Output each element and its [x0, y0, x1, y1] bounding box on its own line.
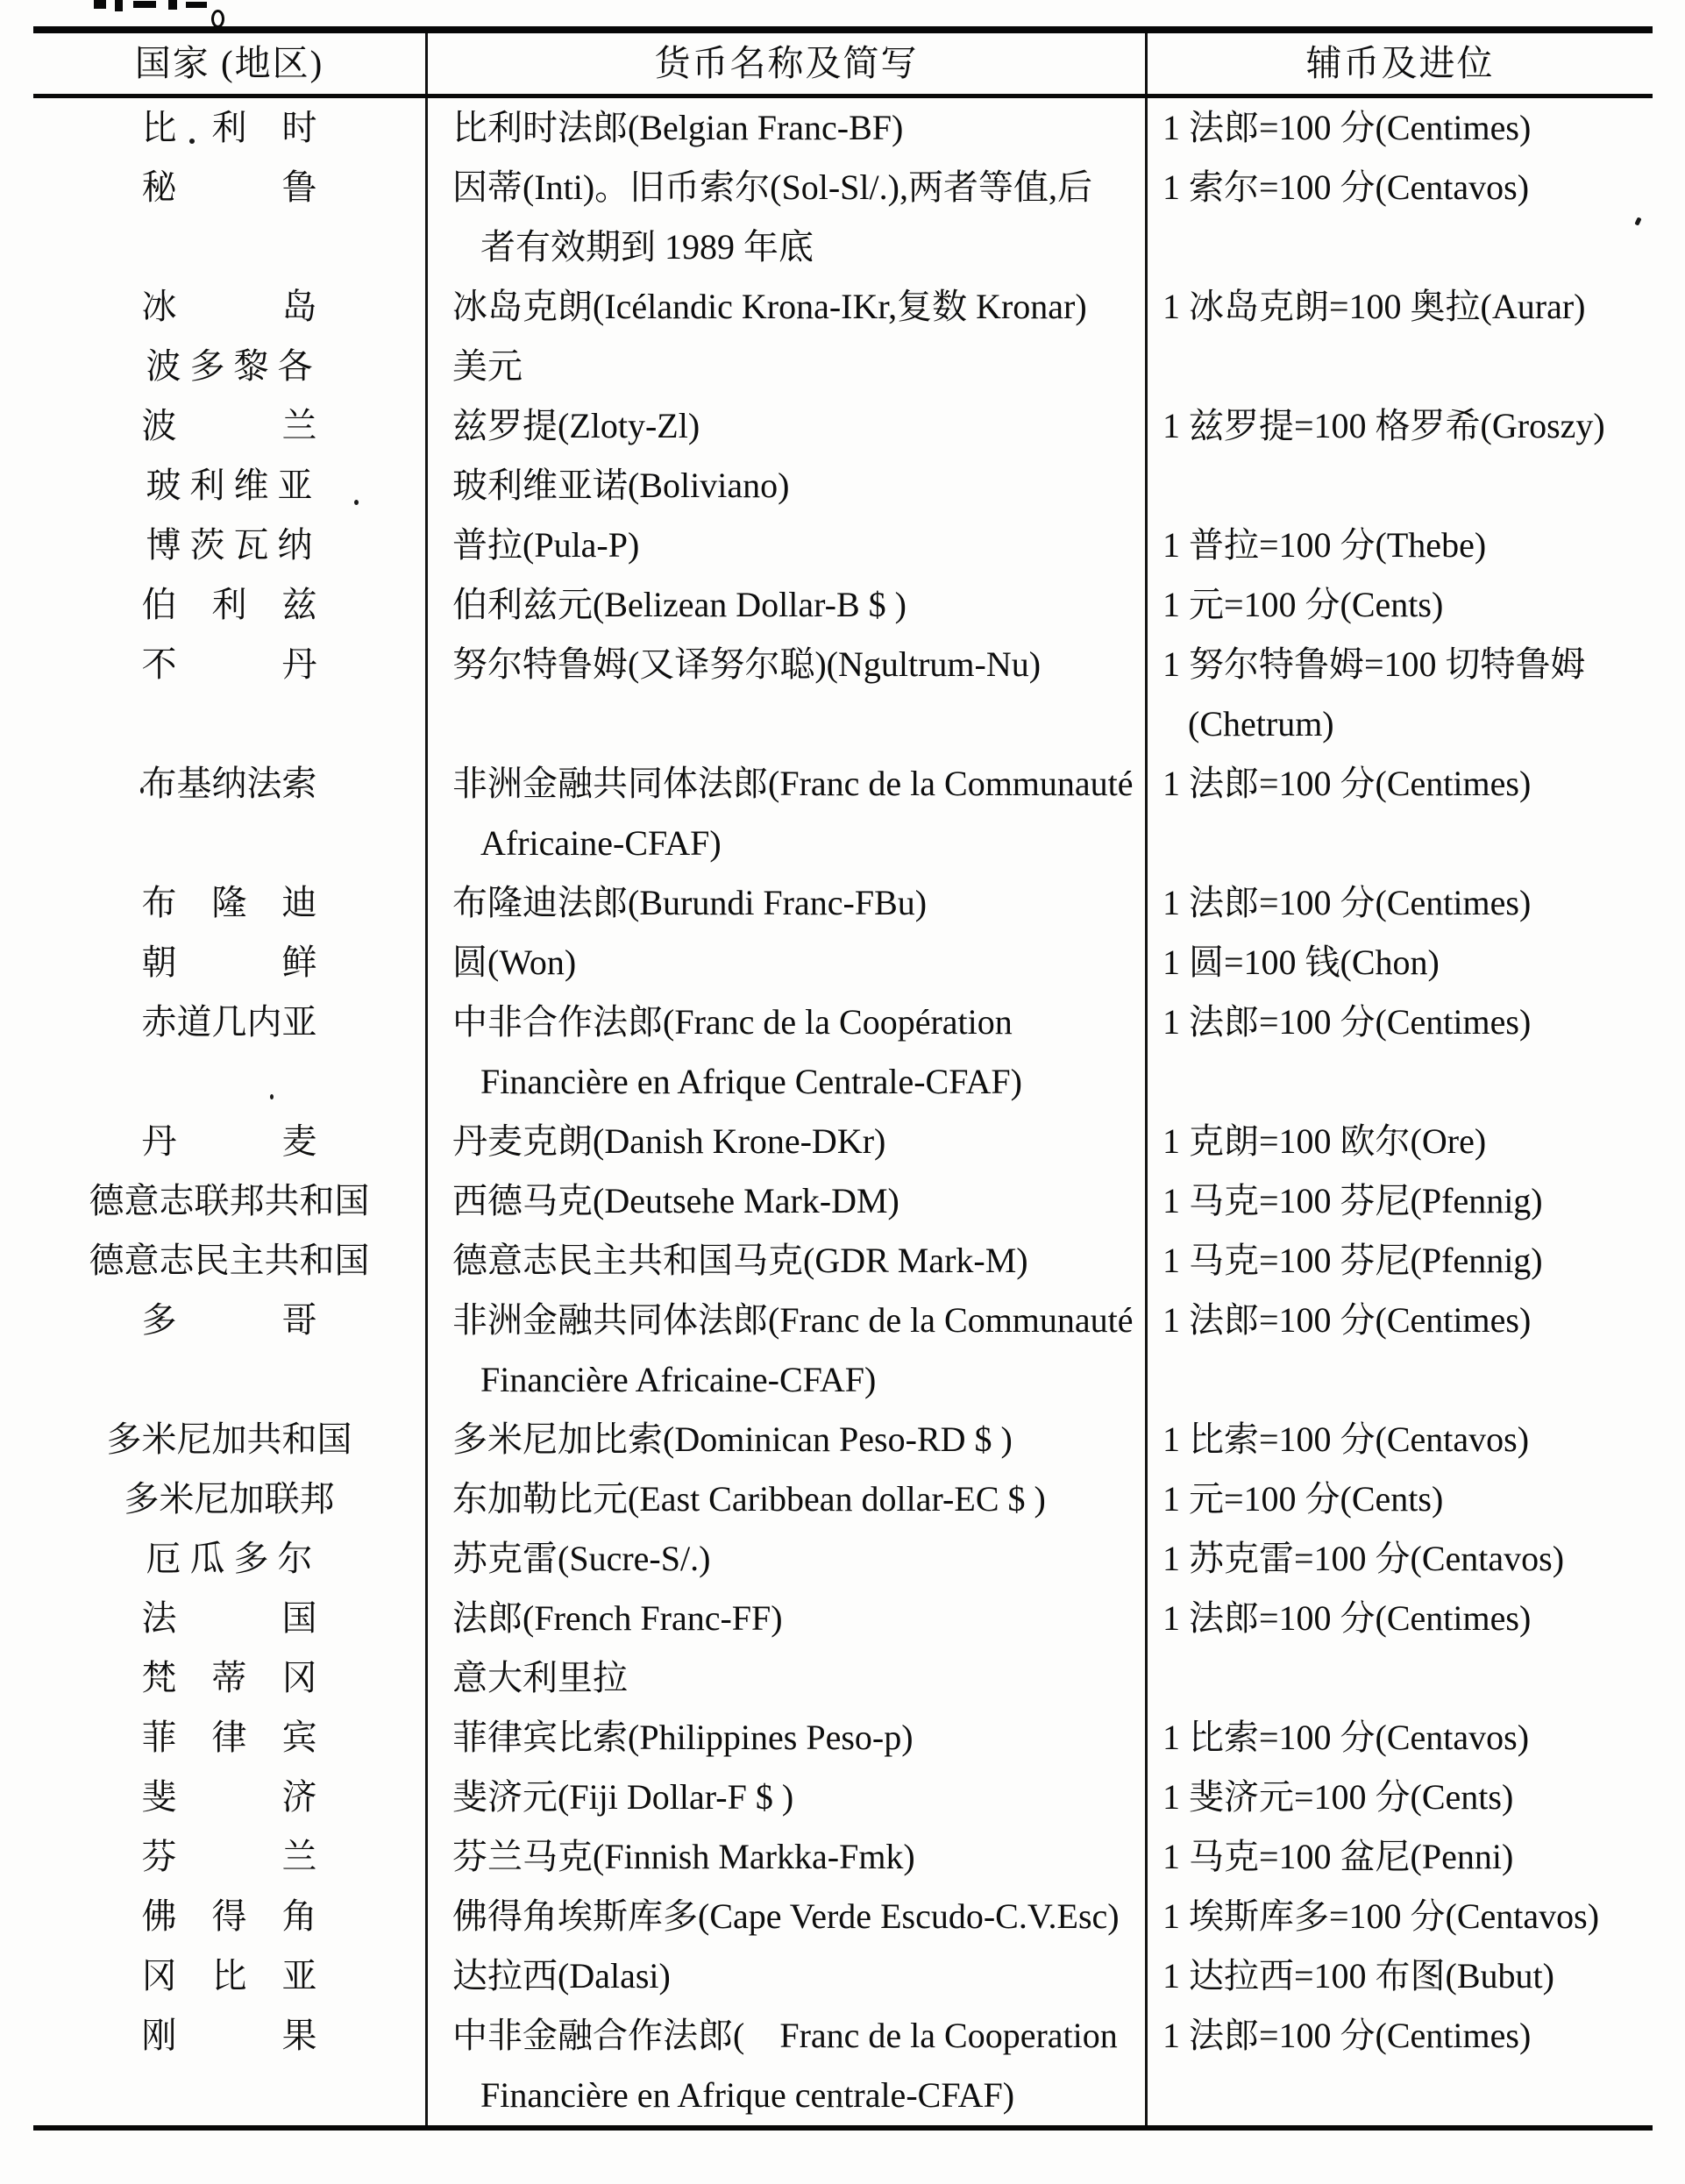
country-cell: 多 哥: [33, 1291, 425, 1410]
currency-line: Financière en Afrique Centrale-CFAF): [428, 1052, 1145, 1112]
currency-line: Africaine-CFAF): [428, 814, 1145, 873]
subunit-cell: 1 圆=100 钱(Chon): [1145, 933, 1653, 992]
table-row: 佛 得 角 佛得角埃斯库多(Cape Verde Escudo-C.V.Esc)…: [33, 1887, 1653, 1946]
table-row: 厄 瓜 多 尔 苏克雷(Sucre-S/.) 1 苏克雷=100 分(Centa…: [33, 1529, 1653, 1589]
subunit-line: 1 法郎=100 分(Centimes): [1148, 754, 1653, 814]
subunit-cell: 1 元=100 分(Cents): [1145, 1469, 1653, 1529]
country-cell: 梵 蒂 冈: [33, 1648, 425, 1708]
table-row: 布基纳法索 非洲金融共同体法郎(Franc de la CommunautéAf…: [33, 754, 1653, 873]
table-row: 梵 蒂 冈 意大利里拉: [33, 1648, 1653, 1708]
subunit-line: 1 达拉西=100 布图(Bubut): [1148, 1946, 1653, 2006]
currency-line: 丹麦克朗(Danish Krone-DKr): [428, 1112, 1145, 1171]
country-cell: 伯 利 兹: [33, 575, 425, 635]
currency-line: Financière Africaine-CFAF): [428, 1350, 1145, 1410]
currency-cell: 意大利里拉: [425, 1648, 1145, 1708]
subunit-line: 1 法郎=100 分(Centimes): [1148, 98, 1653, 158]
country-name: 斐 济: [142, 1777, 317, 1817]
country-cell: 波 兰: [33, 396, 425, 456]
country-name: 不 丹: [142, 644, 317, 684]
subunit-line: 1 马克=100 芬尼(Pfennig): [1148, 1231, 1653, 1291]
subunit-cell: 1 克朗=100 欧尔(Ore): [1145, 1112, 1653, 1171]
country-name: 波 兰: [142, 406, 317, 445]
table-row: 多米尼加共和国 多米尼加比索(Dominican Peso-RD $ ) 1 比…: [33, 1410, 1653, 1469]
currency-table: 国家 (地区) 货币名称及简写 辅币及进位 比 利 时 比利时法郎(Belgia…: [33, 26, 1653, 2131]
scanned-book-page: 国家 (地区) 货币名称及简写 辅币及进位 比 利 时 比利时法郎(Belgia…: [0, 0, 1685, 2184]
country-name: 冰 岛: [142, 287, 317, 326]
currency-line: 德意志民主共和国马克(GDR Mark-M): [428, 1231, 1145, 1291]
subunit-line: 1 圆=100 钱(Chon): [1148, 933, 1653, 992]
subunit-line: 1 比索=100 分(Centavos): [1148, 1708, 1653, 1768]
currency-cell: 德意志民主共和国马克(GDR Mark-M): [425, 1231, 1145, 1291]
header-currency: 货币名称及简写: [425, 33, 1145, 94]
subunit-cell: 1 法郎=100 分(Centimes): [1145, 873, 1653, 933]
subunit-line: 1 元=100 分(Cents): [1148, 1469, 1653, 1529]
currency-line: 菲律宾比索(Philippines Peso-p): [428, 1708, 1145, 1768]
table-row: 波 兰 兹罗提(Zloty-Zl) 1 兹罗提=100 格罗希(Groszy): [33, 396, 1653, 456]
country-cell: 斐 济: [33, 1768, 425, 1827]
subunit-cell: 1 兹罗提=100 格罗希(Groszy): [1145, 396, 1653, 456]
country-cell: 佛 得 角: [33, 1887, 425, 1946]
table-row: 朝 鲜 圆(Won) 1 圆=100 钱(Chon): [33, 933, 1653, 992]
currency-line: 美元: [428, 337, 1145, 396]
country-cell: 冈 比 亚: [33, 1946, 425, 2006]
country-cell: 丹 麦: [33, 1112, 425, 1171]
currency-line: 布隆迪法郎(Burundi Franc-FBu): [428, 873, 1145, 933]
currency-cell: 佛得角埃斯库多(Cape Verde Escudo-C.V.Esc): [425, 1887, 1145, 1946]
table-row: 波 多 黎 各 美元: [33, 337, 1653, 396]
table-row: 芬 兰 芬兰马克(Finnish Markka-Fmk) 1 马克=100 盆尼…: [33, 1827, 1653, 1887]
table-row: 不 丹 努尔特鲁姆(又译努尔聪)(Ngultrum-Nu) 1 努尔特鲁姆=10…: [33, 635, 1653, 754]
currency-line: 法郎(French Franc-FF): [428, 1589, 1145, 1648]
currency-cell: 丹麦克朗(Danish Krone-DKr): [425, 1112, 1145, 1171]
currency-cell: 伯利兹元(Belizean Dollar-B $ ): [425, 575, 1145, 635]
country-cell: 朝 鲜: [33, 933, 425, 992]
currency-cell: 斐济元(Fiji Dollar-F $ ): [425, 1768, 1145, 1827]
country-cell: 比 利 时: [33, 98, 425, 158]
table-row: 德意志联邦共和国 西德马克(Deutsehe Mark-DM) 1 马克=100…: [33, 1171, 1653, 1231]
subunit-line: 1 努尔特鲁姆=100 切特鲁姆: [1148, 635, 1653, 694]
subunit-cell: 1 努尔特鲁姆=100 切特鲁姆(Chetrum): [1145, 635, 1653, 754]
subunit-cell: 1 马克=100 芬尼(Pfennig): [1145, 1231, 1653, 1291]
scan-noise-dot: [270, 1094, 274, 1099]
currency-line: 因蒂(Inti)。旧币索尔(Sol-Sl/.),两者等值,后: [428, 158, 1145, 217]
currency-cell: 法郎(French Franc-FF): [425, 1589, 1145, 1648]
currency-line: 圆(Won): [428, 933, 1145, 992]
country-name: 布基纳法索: [142, 764, 317, 803]
subunit-line: 1 法郎=100 分(Centimes): [1148, 1291, 1653, 1350]
currency-cell: 美元: [425, 337, 1145, 396]
scan-noise-dot: [140, 787, 144, 793]
country-name: 芬 兰: [142, 1837, 317, 1876]
table-row: 法 国 法郎(French Franc-FF) 1 法郎=100 分(Centi…: [33, 1589, 1653, 1648]
currency-cell: 中非合作法郎(Franc de la CoopérationFinancière…: [425, 992, 1145, 1112]
subunit-line: 1 法郎=100 分(Centimes): [1148, 873, 1653, 933]
currency-cell: 冰岛克朗(Icélandic Krona-IKr,复数 Kronar): [425, 277, 1145, 337]
currency-line: 中非合作法郎(Franc de la Coopération: [428, 992, 1145, 1052]
country-name: 梵 蒂 冈: [142, 1658, 317, 1697]
country-name: 朝 鲜: [142, 943, 317, 982]
subunit-cell: 1 法郎=100 分(Centimes): [1145, 754, 1653, 873]
currency-cell: 多米尼加比索(Dominican Peso-RD $ ): [425, 1410, 1145, 1469]
currency-cell: 非洲金融共同体法郎(Franc de la CommunautéFinanciè…: [425, 1291, 1145, 1410]
country-name: 冈 比 亚: [142, 1956, 317, 1995]
currency-line: 伯利兹元(Belizean Dollar-B $ ): [428, 575, 1145, 635]
subunit-cell: 1 索尔=100 分(Centavos): [1145, 158, 1653, 277]
currency-line: 玻利维亚诺(Boliviano): [428, 456, 1145, 516]
country-cell: 布基纳法索: [33, 754, 425, 873]
currency-cell: 非洲金融共同体法郎(Franc de la CommunautéAfricain…: [425, 754, 1145, 873]
subunit-line: 1 法郎=100 分(Centimes): [1148, 1589, 1653, 1648]
currency-cell: 兹罗提(Zloty-Zl): [425, 396, 1145, 456]
country-name: 佛 得 角: [142, 1896, 317, 1936]
country-cell: 布 隆 迪: [33, 873, 425, 933]
table-row: 冰 岛 冰岛克朗(Icélandic Krona-IKr,复数 Kronar) …: [33, 277, 1653, 337]
table-header-row: 国家 (地区) 货币名称及简写 辅币及进位: [33, 33, 1653, 98]
subunit-cell: [1145, 337, 1653, 396]
subunit-cell: [1145, 1648, 1653, 1708]
subunit-cell: 1 法郎=100 分(Centimes): [1145, 98, 1653, 158]
currency-line: 苏克雷(Sucre-S/.): [428, 1529, 1145, 1589]
country-cell: 德意志民主共和国: [33, 1231, 425, 1291]
country-name: 玻 利 维 亚: [146, 466, 313, 505]
country-cell: 不 丹: [33, 635, 425, 754]
subunit-cell: 1 冰岛克朗=100 奥拉(Aurar): [1145, 277, 1653, 337]
country-name: 布 隆 迪: [142, 883, 317, 922]
country-cell: 刚 果: [33, 2006, 425, 2125]
table-body: 比 利 时 比利时法郎(Belgian Franc-BF) 1 法郎=100 分…: [33, 98, 1653, 2125]
currency-cell: 布隆迪法郎(Burundi Franc-FBu): [425, 873, 1145, 933]
currency-cell: 努尔特鲁姆(又译努尔聪)(Ngultrum-Nu): [425, 635, 1145, 754]
subunit-line: 1 马克=100 盆尼(Penni): [1148, 1827, 1653, 1887]
country-name: 波 多 黎 各: [146, 346, 313, 386]
subunit-cell: 1 斐济元=100 分(Cents): [1145, 1768, 1653, 1827]
country-name: 多米尼加共和国: [107, 1419, 352, 1459]
currency-line: 比利时法郎(Belgian Franc-BF): [428, 98, 1145, 158]
subunit-line: 1 元=100 分(Cents): [1148, 575, 1653, 635]
country-cell: 冰 岛: [33, 277, 425, 337]
subunit-line: 1 法郎=100 分(Centimes): [1148, 2006, 1653, 2066]
table-row: 丹 麦 丹麦克朗(Danish Krone-DKr) 1 克朗=100 欧尔(O…: [33, 1112, 1653, 1171]
table-row: 赤道几内亚 中非合作法郎(Franc de la CoopérationFina…: [33, 992, 1653, 1112]
currency-line: 普拉(Pula-P): [428, 516, 1145, 575]
subunit-line: 1 埃斯库多=100 分(Centavos): [1148, 1887, 1653, 1946]
table-row: 博 茨 瓦 纳 普拉(Pula-P) 1 普拉=100 分(Thebe): [33, 516, 1653, 575]
table-row: 斐 济 斐济元(Fiji Dollar-F $ ) 1 斐济元=100 分(Ce…: [33, 1768, 1653, 1827]
currency-line: 达拉西(Dalasi): [428, 1946, 1145, 2006]
subunit-cell: 1 马克=100 芬尼(Pfennig): [1145, 1171, 1653, 1231]
scan-noise-dot: [1392, 1129, 1396, 1133]
subunit-cell: 1 埃斯库多=100 分(Centavos): [1145, 1887, 1653, 1946]
country-cell: 秘 鲁: [33, 158, 425, 277]
subunit-cell: 1 元=100 分(Cents): [1145, 575, 1653, 635]
currency-line: 努尔特鲁姆(又译努尔聪)(Ngultrum-Nu): [428, 635, 1145, 694]
country-name: 比 利 时: [142, 108, 317, 147]
subunit-line: 1 索尔=100 分(Centavos): [1148, 158, 1653, 217]
country-name: 刚 果: [142, 2016, 317, 2055]
subunit-cell: [1145, 456, 1653, 516]
table-row: 菲 律 宾 菲律宾比索(Philippines Peso-p) 1 比索=100…: [33, 1708, 1653, 1768]
subunit-line: (Chetrum): [1148, 694, 1653, 754]
country-name: 法 国: [142, 1598, 317, 1638]
currency-cell: 因蒂(Inti)。旧币索尔(Sol-Sl/.),两者等值,后者有效期到 1989…: [425, 158, 1145, 277]
currency-cell: 东加勒比元(East Caribbean dollar-EC $ ): [425, 1469, 1145, 1529]
country-name: 多 哥: [142, 1300, 317, 1340]
currency-line: 非洲金融共同体法郎(Franc de la Communauté: [428, 754, 1145, 814]
currency-line: 西德马克(Deutsehe Mark-DM): [428, 1171, 1145, 1231]
subunit-cell: 1 法郎=100 分(Centimes): [1145, 1589, 1653, 1648]
subunit-line: 1 斐济元=100 分(Cents): [1148, 1768, 1653, 1827]
currency-line: 芬兰马克(Finnish Markka-Fmk): [428, 1827, 1145, 1887]
table-row: 布 隆 迪 布隆迪法郎(Burundi Franc-FBu) 1 法郎=100 …: [33, 873, 1653, 933]
table-row: 比 利 时 比利时法郎(Belgian Franc-BF) 1 法郎=100 分…: [33, 98, 1653, 158]
country-cell: 多米尼加联邦: [33, 1469, 425, 1529]
currency-line: 东加勒比元(East Caribbean dollar-EC $ ): [428, 1469, 1145, 1529]
subunit-line: 1 马克=100 芬尼(Pfennig): [1148, 1171, 1653, 1231]
country-cell: 厄 瓜 多 尔: [33, 1529, 425, 1589]
currency-cell: 中非金融合作法郎( Franc de la CooperationFinanci…: [425, 2006, 1145, 2125]
table-row: 伯 利 兹 伯利兹元(Belizean Dollar-B $ ) 1 元=100…: [33, 575, 1653, 635]
table-row: 冈 比 亚 达拉西(Dalasi) 1 达拉西=100 布图(Bubut): [33, 1946, 1653, 2006]
subunit-line: 1 兹罗提=100 格罗希(Groszy): [1148, 396, 1653, 456]
subunit-line: 1 克朗=100 欧尔(Ore): [1148, 1112, 1653, 1171]
table-row: 多米尼加联邦 东加勒比元(East Caribbean dollar-EC $ …: [33, 1469, 1653, 1529]
currency-cell: 西德马克(Deutsehe Mark-DM): [425, 1171, 1145, 1231]
subunit-line: 1 苏克雷=100 分(Centavos): [1148, 1529, 1653, 1589]
country-name: 德意志联邦共和国: [89, 1181, 370, 1220]
subunit-line: 1 冰岛克朗=100 奥拉(Aurar): [1148, 277, 1653, 337]
subunit-cell: 1 达拉西=100 布图(Bubut): [1145, 1946, 1653, 2006]
table-row: 刚 果 中非金融合作法郎( Franc de la CooperationFin…: [33, 2006, 1653, 2125]
country-cell: 波 多 黎 各: [33, 337, 425, 396]
currency-line: 佛得角埃斯库多(Cape Verde Escudo-C.V.Esc): [428, 1887, 1145, 1946]
country-cell: 赤道几内亚: [33, 992, 425, 1112]
currency-line: 者有效期到 1989 年底: [428, 217, 1145, 277]
currency-cell: 普拉(Pula-P): [425, 516, 1145, 575]
table-row: 秘 鲁 因蒂(Inti)。旧币索尔(Sol-Sl/.),两者等值,后者有效期到 …: [33, 158, 1653, 277]
currency-line: 非洲金融共同体法郎(Franc de la Communauté: [428, 1291, 1145, 1350]
country-name: 厄 瓜 多 尔: [146, 1539, 313, 1578]
currency-line: 斐济元(Fiji Dollar-F $ ): [428, 1768, 1145, 1827]
subunit-cell: 1 法郎=100 分(Centimes): [1145, 992, 1653, 1112]
scan-noise-dot: [354, 500, 359, 505]
table-row: 多 哥 非洲金融共同体法郎(Franc de la CommunautéFina…: [33, 1291, 1653, 1410]
currency-cell: 菲律宾比索(Philippines Peso-p): [425, 1708, 1145, 1768]
subunit-cell: 1 普拉=100 分(Thebe): [1145, 516, 1653, 575]
country-name: 赤道几内亚: [142, 1002, 317, 1042]
country-name: 多米尼加联邦: [124, 1479, 335, 1519]
subunit-cell: 1 法郎=100 分(Centimes): [1145, 1291, 1653, 1410]
header-subunit: 辅币及进位: [1145, 33, 1653, 94]
scan-noise-mark: [211, 10, 224, 28]
subunit-line: 1 比索=100 分(Centavos): [1148, 1410, 1653, 1469]
currency-cell: 圆(Won): [425, 933, 1145, 992]
country-cell: 玻 利 维 亚: [33, 456, 425, 516]
country-cell: 法 国: [33, 1589, 425, 1648]
header-country: 国家 (地区): [33, 33, 425, 94]
country-cell: 博 茨 瓦 纳: [33, 516, 425, 575]
currency-cell: 芬兰马克(Finnish Markka-Fmk): [425, 1827, 1145, 1887]
subunit-line: 1 法郎=100 分(Centimes): [1148, 992, 1653, 1052]
subunit-cell: 1 比索=100 分(Centavos): [1145, 1708, 1653, 1768]
currency-cell: 达拉西(Dalasi): [425, 1946, 1145, 2006]
country-cell: 菲 律 宾: [33, 1708, 425, 1768]
currency-line: Financière en Afrique centrale-CFAF): [428, 2066, 1145, 2125]
currency-line: 兹罗提(Zloty-Zl): [428, 396, 1145, 456]
country-name: 伯 利 兹: [142, 585, 317, 624]
country-cell: 德意志联邦共和国: [33, 1171, 425, 1231]
country-name: 秘 鲁: [142, 167, 317, 207]
country-name: 丹 麦: [142, 1121, 317, 1161]
country-name: 菲 律 宾: [142, 1718, 317, 1757]
currency-cell: 比利时法郎(Belgian Franc-BF): [425, 98, 1145, 158]
subunit-cell: 1 法郎=100 分(Centimes): [1145, 2006, 1653, 2125]
currency-line: 中非金融合作法郎( Franc de la Cooperation: [428, 2006, 1145, 2066]
scan-noise-dot: [189, 139, 195, 144]
country-cell: 芬 兰: [33, 1827, 425, 1887]
country-name: 德意志民主共和国: [89, 1241, 370, 1280]
subunit-cell: 1 比索=100 分(Centavos): [1145, 1410, 1653, 1469]
table-row: 玻 利 维 亚 玻利维亚诺(Boliviano): [33, 456, 1653, 516]
subunit-cell: 1 苏克雷=100 分(Centavos): [1145, 1529, 1653, 1589]
currency-line: 冰岛克朗(Icélandic Krona-IKr,复数 Kronar): [428, 277, 1145, 337]
subunit-cell: 1 马克=100 盆尼(Penni): [1145, 1827, 1653, 1887]
currency-line: 多米尼加比索(Dominican Peso-RD $ ): [428, 1410, 1145, 1469]
table-row: 德意志民主共和国 德意志民主共和国马克(GDR Mark-M) 1 马克=100…: [33, 1231, 1653, 1291]
subunit-line: 1 普拉=100 分(Thebe): [1148, 516, 1653, 575]
country-cell: 多米尼加共和国: [33, 1410, 425, 1469]
country-name: 博 茨 瓦 纳: [146, 525, 313, 565]
currency-line: 意大利里拉: [428, 1648, 1145, 1708]
currency-cell: 苏克雷(Sucre-S/.): [425, 1529, 1145, 1589]
currency-cell: 玻利维亚诺(Boliviano): [425, 456, 1145, 516]
